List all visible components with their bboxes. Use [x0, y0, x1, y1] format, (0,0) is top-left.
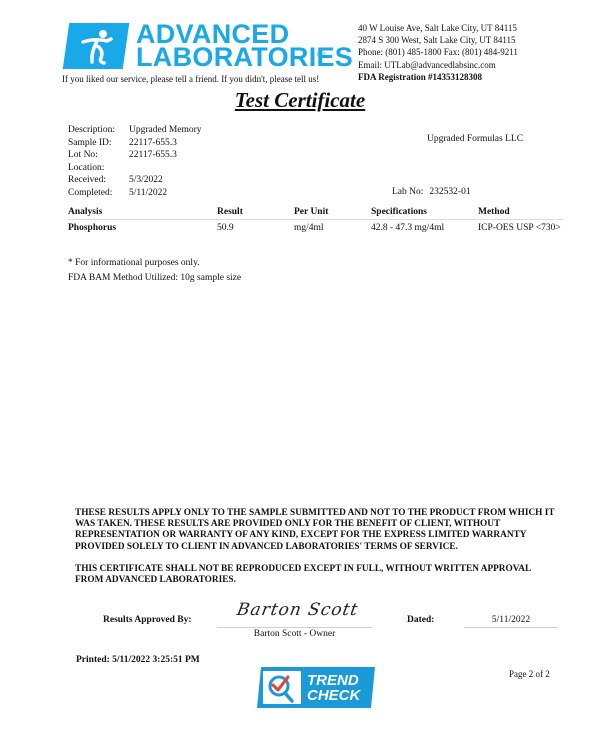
trend-logo-text-1: TREND: [307, 673, 359, 688]
tagline: If you liked our service, please tell a …: [62, 74, 319, 84]
info-label: Completed:: [68, 187, 129, 200]
col-header-result: Result: [217, 207, 294, 219]
cell-per-unit: mg/4ml: [294, 223, 371, 235]
info-row-lot-no: Lot No:22117-655.3: [68, 149, 202, 162]
disclaimer: THESE RESULTS APPLY ONLY TO THE SAMPLE S…: [75, 508, 555, 586]
info-value: 5/11/2022: [129, 187, 167, 200]
address-line: 2874 S 300 West, Salt Lake City, UT 8411…: [358, 34, 518, 46]
document-title: Test Certificate: [0, 88, 600, 113]
page-number: Page 2 of 2: [509, 669, 550, 679]
info-value: 5/3/2022: [129, 174, 163, 187]
results-table: Analysis Result Per Unit Specifications …: [68, 207, 564, 235]
client-name: Upgraded Formulas LLC: [427, 134, 523, 144]
col-header-per-unit: Per Unit: [294, 207, 371, 219]
date-line: [464, 627, 558, 628]
info-row-completed: Completed:5/11/2022: [68, 187, 202, 200]
cell-method: ICP-OES USP <730>: [478, 223, 564, 235]
email: Email: UTLab@advancedlabsinc.com: [358, 59, 518, 71]
dated-label: Dated:: [407, 615, 434, 625]
info-value: 22117-655.3: [129, 149, 177, 162]
info-row-sample-id: Sample ID:22117-655.3: [68, 137, 202, 150]
cell-specifications: 42.8 - 47.3 mg/4ml: [371, 223, 478, 235]
printed-timestamp: Printed: 5/11/2022 3:25:51 PM: [76, 655, 200, 665]
info-value: 22117-655.3: [129, 137, 177, 150]
info-value: Upgraded Memory: [129, 124, 202, 137]
lab-address: 40 W Louise Ave, Salt Lake City, UT 8411…: [358, 22, 518, 83]
signature-line: [217, 627, 372, 628]
lab-number-label: Lab No:: [392, 187, 423, 197]
note-informational: * For informational purposes only.: [68, 256, 241, 271]
col-header-analysis: Analysis: [68, 207, 217, 219]
info-label: Sample ID:: [68, 137, 129, 150]
running-person-icon: [73, 24, 121, 68]
info-row-location: Location:: [68, 162, 202, 175]
table-row: Phosphorus 50.9 mg/4ml 42.8 - 47.3 mg/4m…: [68, 220, 564, 235]
cell-analysis: Phosphorus: [68, 223, 217, 235]
table-header: Analysis Result Per Unit Specifications …: [68, 207, 564, 220]
col-header-specifications: Specifications: [371, 207, 478, 219]
phone-fax: Phone: (801) 485-1800 Fax: (801) 484-921…: [358, 46, 518, 58]
info-label: Received:: [68, 174, 129, 187]
registered-mark: ®: [317, 49, 325, 61]
approved-by-label: Results Approved By:: [103, 615, 192, 625]
info-label: Lot No:: [68, 149, 129, 162]
notes: * For informational purposes only. FDA B…: [68, 256, 241, 285]
info-row-received: Received:5/3/2022: [68, 174, 202, 187]
fda-registration: FDA Registration #14353128308: [358, 71, 518, 83]
approval-date: 5/11/2022: [464, 615, 558, 625]
lab-number: Lab No:232532-01: [392, 187, 471, 197]
col-header-method: Method: [478, 207, 564, 219]
cell-result: 50.9: [217, 223, 294, 235]
disclaimer-results: THESE RESULTS APPLY ONLY TO THE SAMPLE S…: [75, 508, 555, 553]
address-line: 40 W Louise Ave, Salt Lake City, UT 8411…: [358, 22, 518, 34]
info-row-description: Description:Upgraded Memory: [68, 124, 202, 137]
approver-name: Barton Scott - Owner: [217, 629, 372, 639]
info-label: Location:: [68, 162, 129, 175]
sample-info: Description:Upgraded Memory Sample ID:22…: [68, 124, 202, 199]
info-label: Description:: [68, 124, 129, 137]
disclaimer-reproduction: THIS CERTIFICATE SHALL NOT BE REPRODUCED…: [75, 564, 555, 586]
lab-number-value: 232532-01: [429, 187, 470, 197]
note-method: FDA BAM Method Utilized: 10g sample size: [68, 271, 241, 286]
trend-logo-text-2: CHECK: [307, 688, 360, 703]
signature: Barton Scott: [235, 600, 360, 620]
